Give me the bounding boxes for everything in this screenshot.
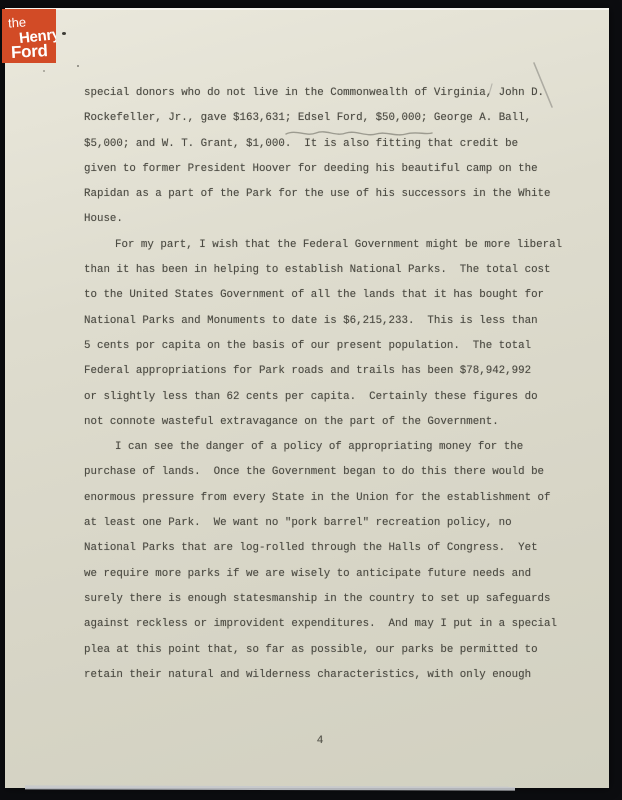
- text-line: than it has been in helping to establish…: [84, 258, 556, 283]
- text-line: we require more parks if we are wisely t…: [84, 562, 556, 587]
- text-line: enormous pressure from every State in th…: [84, 486, 556, 511]
- page-number: 4: [305, 735, 335, 747]
- text-line: Rapidan as a part of the Park for the us…: [84, 182, 556, 207]
- text-line: against reckless or improvident expendit…: [84, 612, 556, 637]
- text-line: not connote wasteful extravagance on the…: [84, 410, 556, 435]
- scanned-document: special donors who do not live in the Co…: [0, 0, 622, 800]
- text-line: National Parks that are log-rolled throu…: [84, 536, 556, 561]
- text-line: Federal appropriations for Park roads an…: [84, 359, 556, 384]
- text-line: 5 cents por capita on the basis of our p…: [84, 334, 556, 359]
- text-line: special donors who do not live in the Co…: [84, 81, 556, 106]
- text-line: or slightly less than 62 cents per capit…: [84, 385, 556, 410]
- logo-word-ford: Ford: [11, 42, 48, 61]
- text-line: House.: [84, 207, 556, 232]
- text-segment: Rockefeller, Jr., gave $163,631;: [84, 112, 298, 124]
- text-line: retain their natural and wilderness char…: [84, 663, 556, 688]
- text-line: I can see the danger of a policy of appr…: [84, 435, 556, 460]
- underlined-text: Edsel Ford, $50,000;: [298, 112, 428, 124]
- henry-ford-logo: the Henry Ford: [2, 9, 56, 63]
- text-line: $5,000; and W. T. Grant, $1,000. It is a…: [84, 132, 556, 157]
- page-speck: [77, 65, 79, 67]
- text-line: National Parks and Monuments to date is …: [84, 309, 556, 334]
- text-line: given to former President Hoover for dee…: [84, 157, 556, 182]
- page-bottom-edge: [25, 785, 515, 790]
- page-speck: [43, 70, 45, 72]
- text-line: surely there is enough statesmanship in …: [84, 587, 556, 612]
- text-line: purchase of lands. Once the Government b…: [84, 460, 556, 485]
- text-line: For my part, I wish that the Federal Gov…: [84, 233, 556, 258]
- logo-word-the: the: [8, 15, 27, 29]
- text-line: to the United States Government of all t…: [84, 283, 556, 308]
- text-line: at least one Park. We want no "pork barr…: [84, 511, 556, 536]
- text-line: plea at this point that, so far as possi…: [84, 638, 556, 663]
- typewritten-text: special donors who do not live in the Co…: [84, 81, 556, 688]
- text-segment: George A. Ball,: [427, 112, 531, 124]
- text-line: Rockefeller, Jr., gave $163,631; Edsel F…: [84, 106, 556, 131]
- page-speck: [62, 32, 66, 35]
- document-page: special donors who do not live in the Co…: [5, 8, 609, 788]
